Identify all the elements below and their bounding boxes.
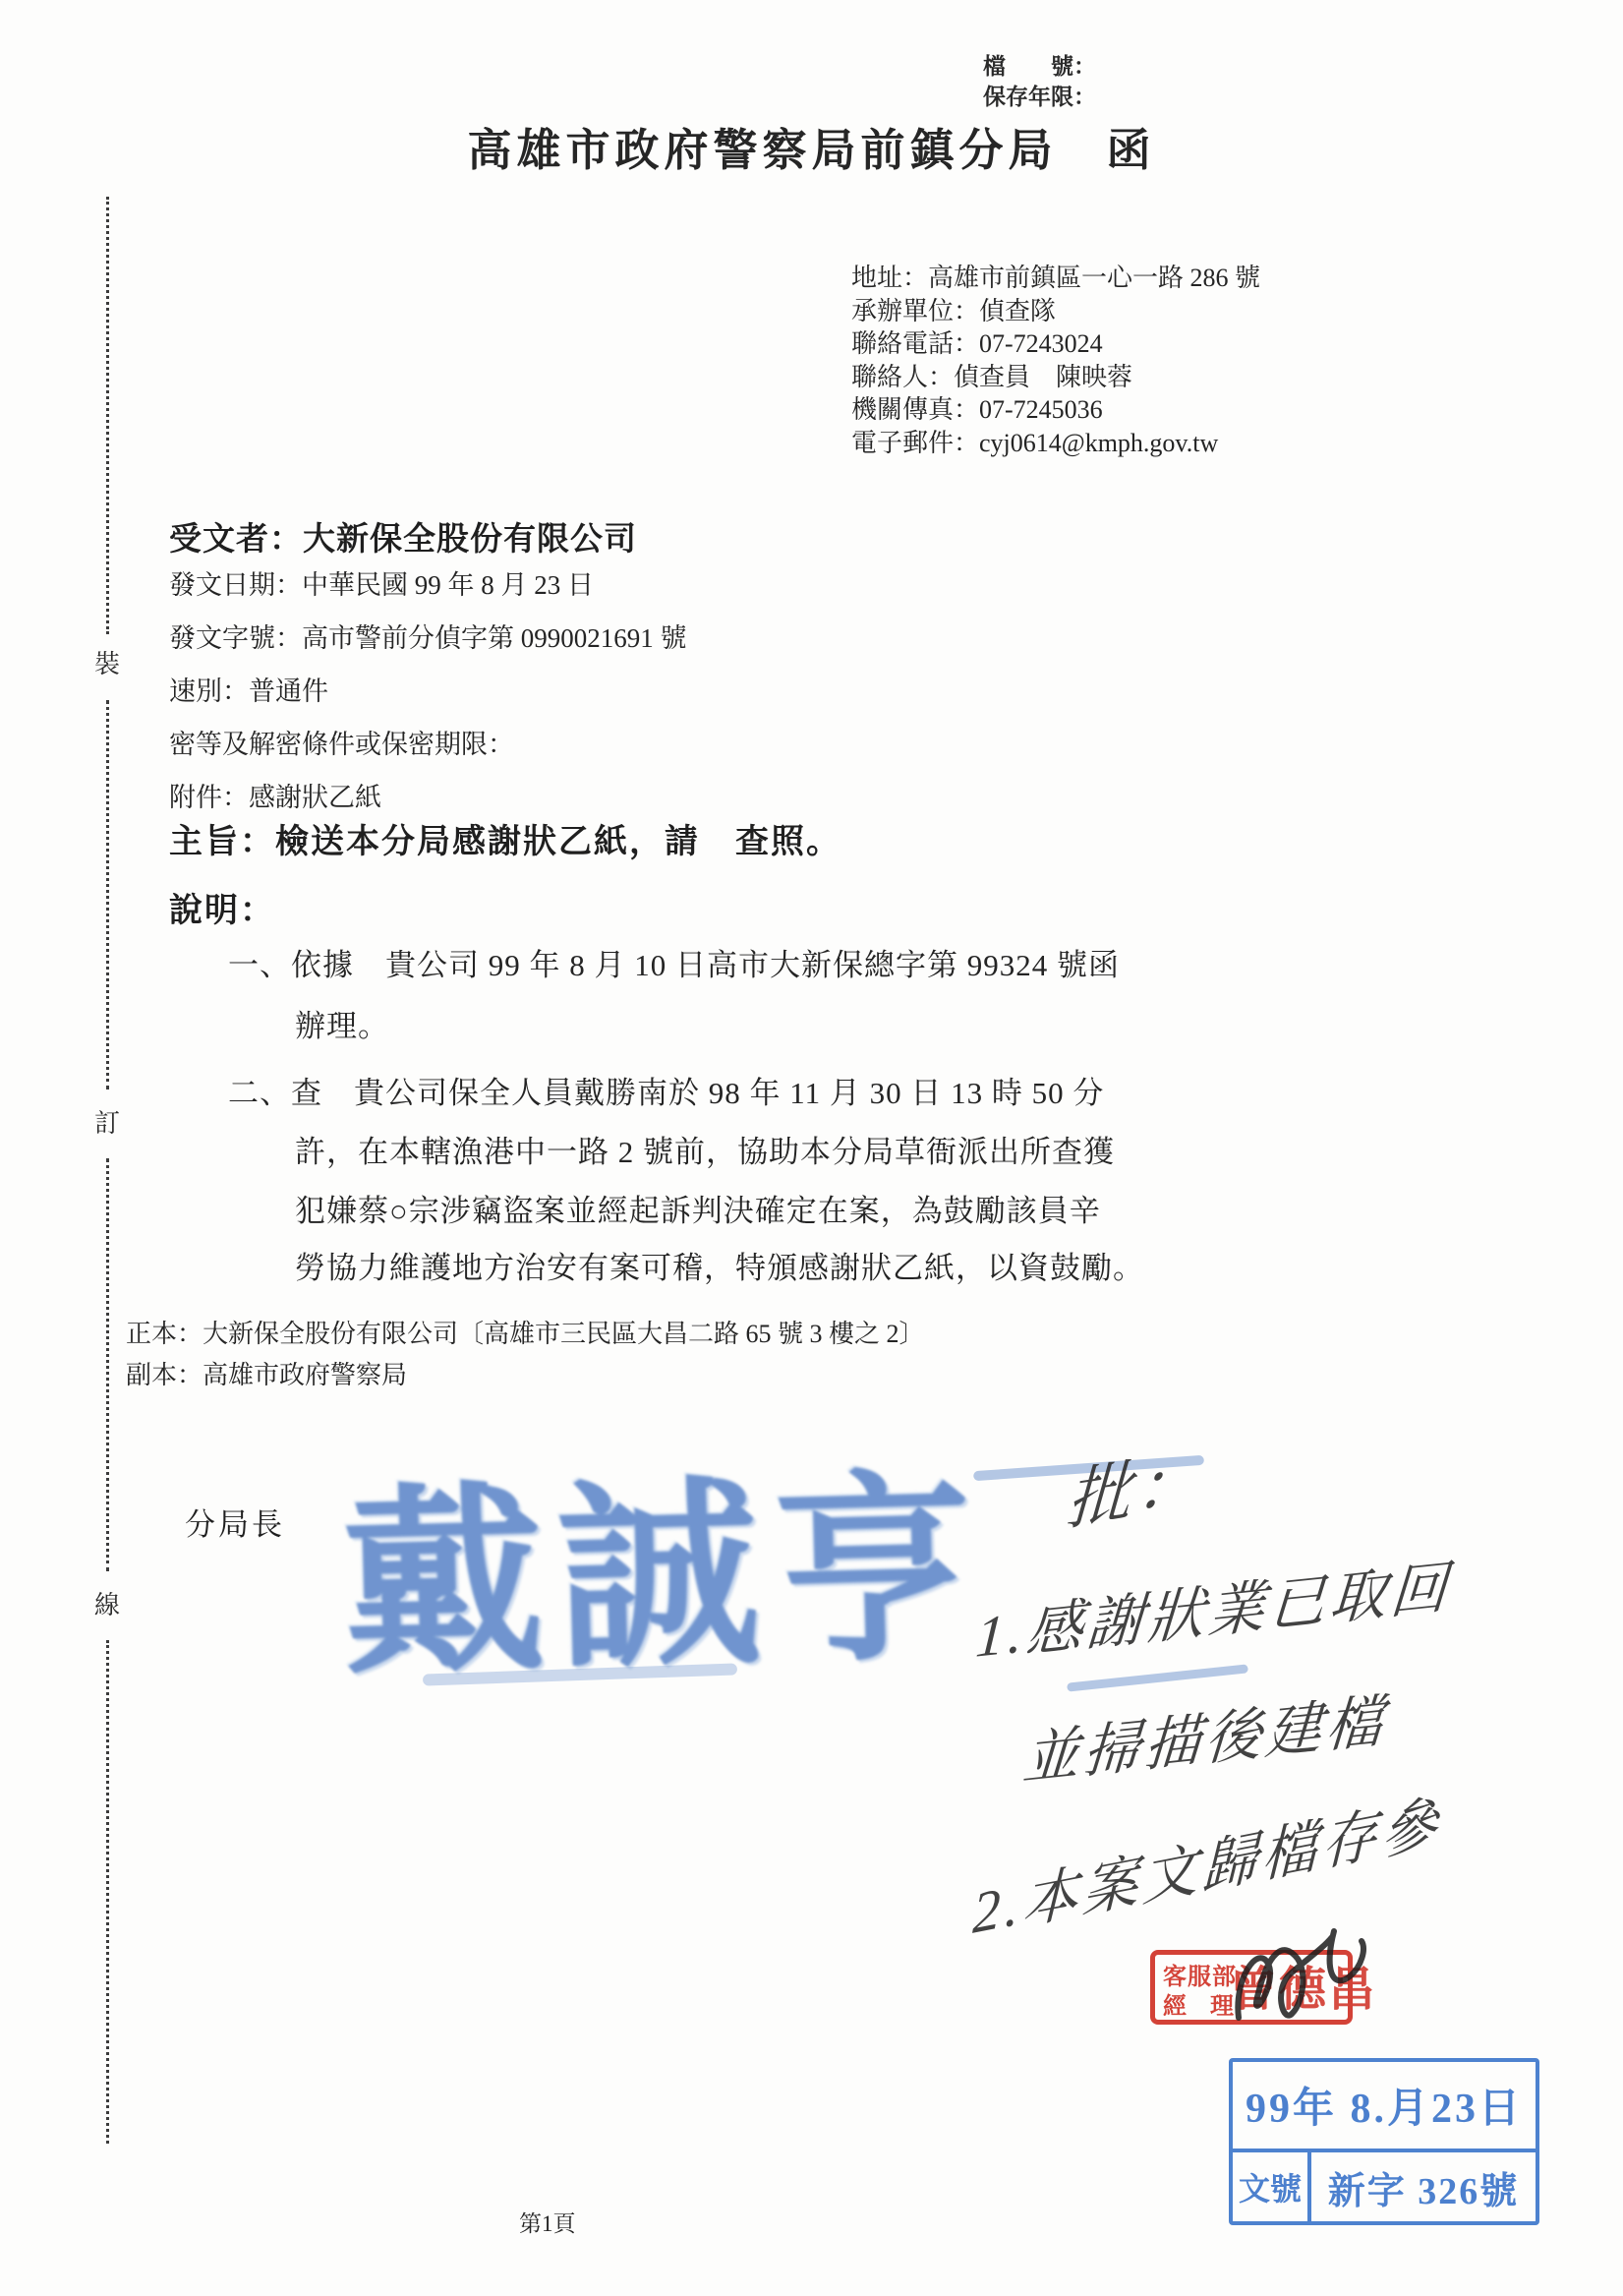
binding-dotted-line bbox=[106, 700, 109, 1089]
subject-line: 主旨：檢送本分局感謝狀乙紙，請 查照。 bbox=[169, 814, 841, 862]
handwritten-note-line: 並掃描後建檔 bbox=[1020, 1674, 1390, 1796]
stamp-date: 99年 8.月23日 bbox=[1233, 2062, 1536, 2152]
file-number-block: 檔 號： 保存年限： bbox=[983, 51, 1096, 112]
agency-phone: 聯絡電話：07-7243024 bbox=[851, 327, 1260, 361]
binding-dotted-line bbox=[106, 1640, 109, 2144]
retention-period-label: 保存年限： bbox=[983, 82, 1096, 112]
stamp-doc-no: 新字 326號 bbox=[1311, 2152, 1536, 2221]
agency-fax: 機關傳真：07-7245036 bbox=[851, 393, 1260, 427]
handwritten-note-line: 批： bbox=[1065, 1426, 1205, 1543]
recipient-line: 受文者：大新保全股份有限公司 bbox=[169, 513, 637, 559]
explanation-item2-line1: 二、查 貴公司保全人員戴勝南於 98 年 11 月 30 日 13 時 50 分 bbox=[228, 1068, 1104, 1112]
issue-date-line: 發文日期：中華民國 99 年 8 月 23 日 bbox=[169, 559, 687, 612]
explanation-label: 說明： bbox=[169, 883, 275, 931]
explanation-item2-line3: 犯嫌蔡○宗涉竊盜案並經起訴判決確定在案，為鼓勵該員辛 bbox=[295, 1186, 1101, 1230]
binding-mark-xian: 線 bbox=[94, 1585, 120, 1621]
page-number: 第1頁 bbox=[519, 2206, 576, 2238]
document-title: 高雄市政府警察局前鎮分局 函 bbox=[0, 114, 1623, 178]
agency-contact-person: 聯絡人：偵查員 陳映蓉 bbox=[851, 361, 1260, 394]
original-copy-line: 正本：大新保全股份有限公司〔高雄市三民區大昌二路 65 號 3 樓之 2〕 bbox=[126, 1314, 925, 1355]
handwritten-signature bbox=[1214, 1919, 1391, 2037]
binding-mark-ding: 訂 bbox=[94, 1103, 120, 1140]
agency-address: 地址：高雄市前鎮區一心一路 286 號 bbox=[851, 262, 1260, 295]
chief-title: 分局長 bbox=[185, 1500, 285, 1544]
binding-dotted-line bbox=[106, 1158, 109, 1571]
explanation-item1-line1: 一、依據 貴公司 99 年 8 月 10 日高市大新保總字第 99324 號函 bbox=[228, 940, 1120, 984]
explanation-item2-line4: 勞協力維護地方治安有案可稽，特頒感謝狀乙紙，以資鼓勵。 bbox=[295, 1243, 1144, 1287]
file-number-label: 檔 號： bbox=[983, 51, 1096, 82]
handwritten-note-line: 1.感謝狀業已取回 bbox=[973, 1540, 1454, 1674]
explanation-item2-line2: 許，在本轄漁港中一路 2 號前，協助本分局草衙派出所查獲 bbox=[295, 1127, 1115, 1171]
scanned-official-letter: 檔 號： 保存年限： 高雄市政府警察局前鎮分局 函 裝 訂 線 地址：高雄市前鎮… bbox=[0, 0, 1623, 2296]
date-received-stamp: 99年 8.月23日 文號 新字 326號 bbox=[1229, 2058, 1539, 2225]
binding-dotted-line bbox=[106, 197, 109, 634]
explanation-item1-line2: 辦理。 bbox=[295, 1001, 389, 1045]
stamp-ink-smear bbox=[1067, 1664, 1248, 1691]
stamp-doc-no-label: 文號 bbox=[1233, 2152, 1311, 2221]
document-meta-block: 發文日期：中華民國 99 年 8 月 23 日 發文字號：高市警前分偵字第 09… bbox=[169, 559, 687, 824]
copies-block: 正本：大新保全股份有限公司〔高雄市三民區大昌二路 65 號 3 樓之 2〕 副本… bbox=[126, 1314, 925, 1396]
speed-class-line: 速別：普通件 bbox=[169, 665, 687, 718]
binding-mark-zhuang: 裝 bbox=[94, 644, 120, 680]
cc-copy-line: 副本：高雄市政府警察局 bbox=[126, 1355, 925, 1396]
issue-number-line: 發文字號：高市警前分偵字第 0990021691 號 bbox=[169, 612, 687, 665]
agency-email: 電子郵件：cyj0614@kmph.gov.tw bbox=[851, 427, 1260, 460]
security-class-line: 密等及解密條件或保密期限： bbox=[169, 718, 687, 771]
agency-contact-block: 地址：高雄市前鎮區一心一路 286 號 承辦單位：偵查隊 聯絡電話：07-724… bbox=[851, 262, 1260, 459]
agency-unit: 承辦單位：偵查隊 bbox=[851, 295, 1260, 328]
